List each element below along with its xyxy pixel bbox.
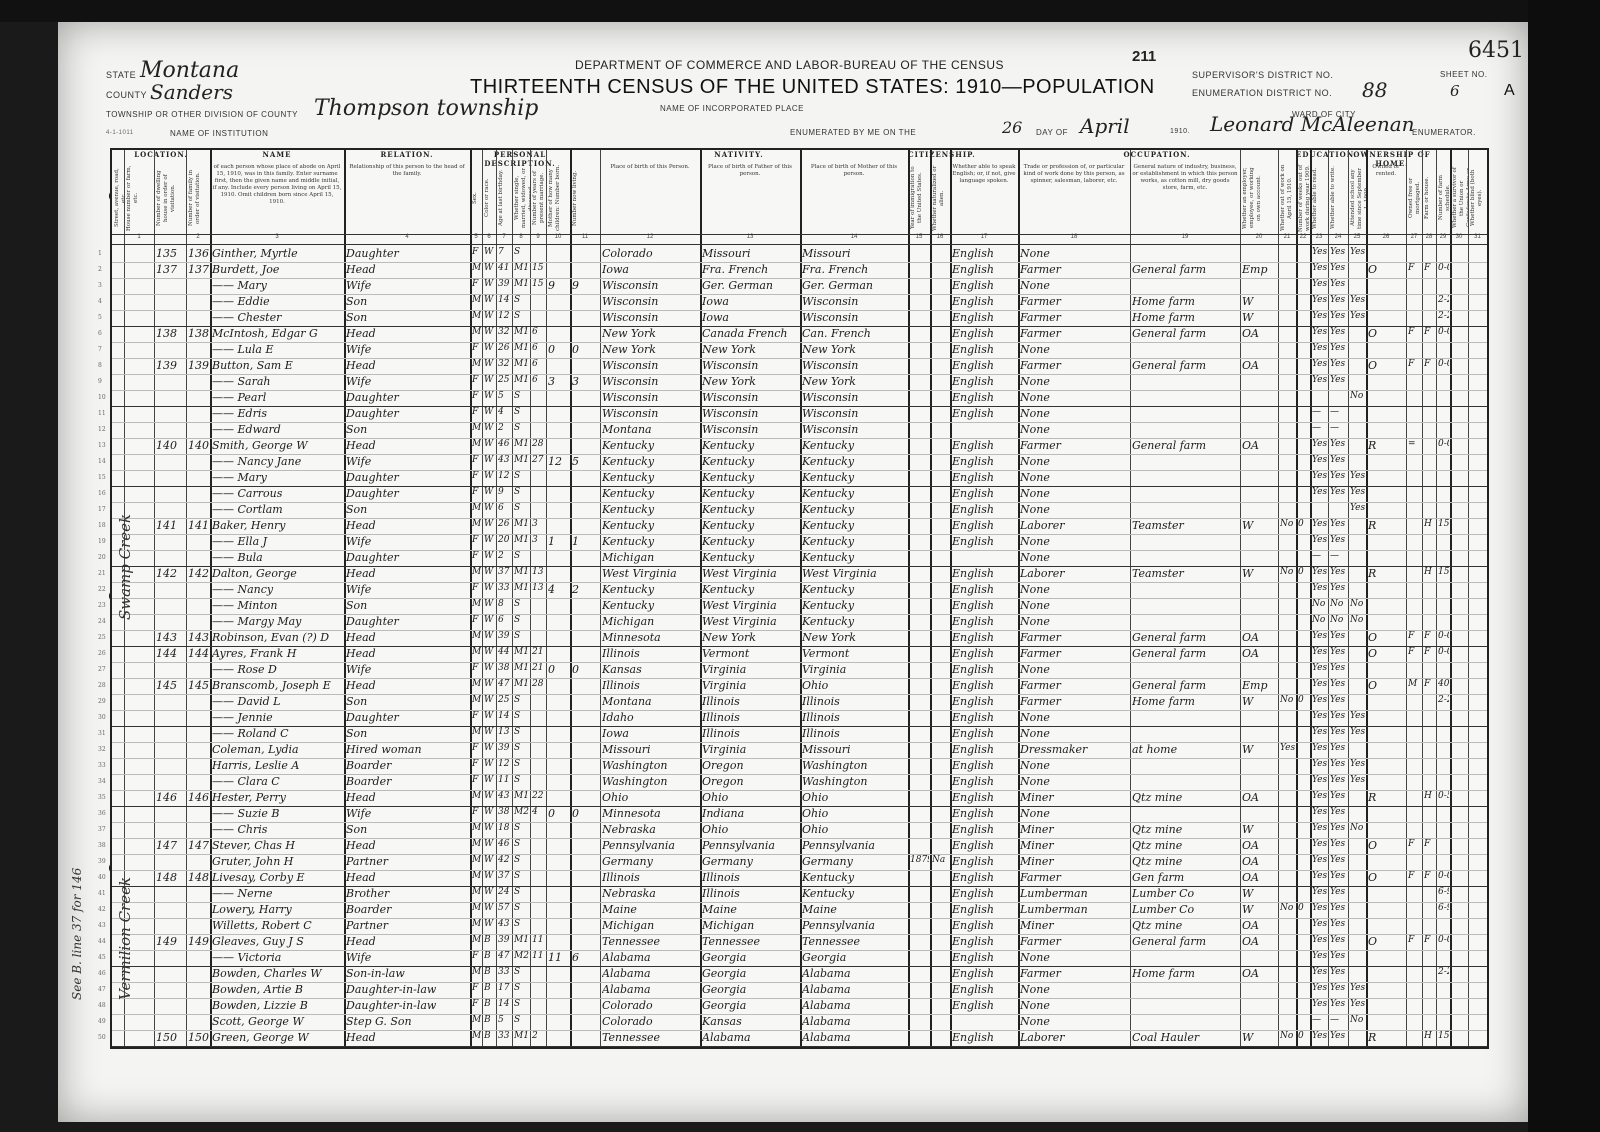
cell-birth: Iowa: [602, 263, 699, 276]
cell-industry: General farm: [1132, 647, 1239, 660]
cell-marital: S: [514, 727, 529, 737]
column-header: Number of farm schedule.: [1436, 162, 1450, 234]
cell-age: 6: [498, 615, 511, 625]
cell-race: W: [484, 823, 495, 833]
cell-write: Yes: [1330, 343, 1347, 353]
cell-marital: S: [514, 311, 529, 321]
cell-father-birth: West Virginia: [702, 599, 799, 612]
cell-marital: S: [514, 775, 529, 785]
cell-trade: None: [1020, 455, 1129, 468]
cell-free: F: [1408, 263, 1421, 273]
cell-english: English: [952, 295, 1017, 308]
cell-age: 41: [498, 263, 511, 273]
cell-race: W: [484, 807, 495, 817]
table-row: 29—— David LSonMW25SMontanaIllinoisIllin…: [112, 694, 1487, 710]
cell-english: English: [952, 359, 1017, 372]
cell-farm: H: [1424, 519, 1435, 529]
cell-read: Yes: [1312, 855, 1327, 865]
cell-sex: F: [472, 999, 481, 1009]
cell-family: 149: [188, 935, 209, 948]
cell-marital: M1: [514, 263, 529, 273]
cell-name: —— Chris: [212, 823, 343, 836]
cell-school: No: [1350, 615, 1365, 625]
cell-read: Yes: [1312, 311, 1327, 321]
cell-trade: Miner: [1020, 919, 1129, 932]
cell-name: Willetts, Robert C: [212, 919, 343, 932]
cell-mother-birth: Kentucky: [802, 887, 907, 900]
cell-birth: Montana: [602, 423, 699, 436]
cell-english: English: [952, 919, 1017, 932]
cell-marital: M1: [514, 583, 529, 593]
cell-relation: Head: [346, 791, 469, 804]
cell-farm: F: [1424, 327, 1435, 337]
cell-birth: Wisconsin: [602, 391, 699, 404]
cell-write: Yes: [1330, 519, 1347, 529]
line-number: 29: [98, 698, 106, 705]
cell-name: —— Nancy: [212, 583, 343, 596]
cell-write: Yes: [1330, 951, 1347, 961]
cell-father-birth: Illinois: [702, 871, 799, 884]
cell-race: W: [484, 343, 495, 353]
cell-read: Yes: [1312, 775, 1327, 785]
cell-yrs-married: 2: [532, 1031, 545, 1041]
cell-own: O: [1368, 679, 1405, 692]
cell-out-of-work: No: [1280, 903, 1295, 913]
cell-industry: Gen farm: [1132, 871, 1239, 884]
cell-name: McIntosh, Edgar G: [212, 327, 343, 340]
cell-write: —: [1330, 423, 1347, 433]
cell-industry: General farm: [1132, 679, 1239, 692]
cell-sex: M: [472, 327, 481, 337]
cell-trade: Miner: [1020, 839, 1129, 852]
column-header: Whether a survivor of the Union or Confe…: [1450, 162, 1468, 234]
cell-father-birth: New York: [702, 343, 799, 356]
table-row: 37—— ChrisSonMW18SNebraskaOhioOhioEnglis…: [112, 822, 1487, 838]
cell-own: O: [1368, 839, 1405, 852]
institution-label: NAME OF INSTITUTION: [170, 129, 268, 138]
column-header: General nature of industry, business, or…: [1130, 162, 1240, 234]
cell-free: =: [1408, 439, 1421, 449]
cell-mother-birth: Wisconsin: [802, 423, 907, 436]
cell-age: 33: [498, 1031, 511, 1041]
cell-industry: Qtz mine: [1132, 919, 1239, 932]
cell-father-birth: West Virginia: [702, 615, 799, 628]
cell-marital: M1: [514, 935, 529, 945]
cell-mother-birth: Alabama: [802, 1031, 907, 1044]
cell-born: 0: [548, 663, 569, 676]
cell-race: W: [484, 871, 495, 881]
cell-race: W: [484, 615, 495, 625]
cell-marital: S: [514, 711, 529, 721]
cell-mother-birth: Fra. French: [802, 263, 907, 276]
table-row: 41—— NerneBrotherMW24SNebraskaIllinoisKe…: [112, 886, 1487, 902]
cell-age: 37: [498, 567, 511, 577]
cell-english: English: [952, 871, 1017, 884]
enumerated-day: 26: [1002, 118, 1022, 137]
cell-sex: F: [472, 983, 481, 993]
census-title: THIRTEENTH CENSUS OF THE UNITED STATES: …: [470, 76, 1155, 99]
cell-relation: Daughter: [346, 407, 469, 420]
cell-born: 0: [548, 343, 569, 356]
cell-born: 12: [548, 455, 569, 468]
cell-father-birth: Iowa: [702, 311, 799, 324]
cell-yrs-married: 3: [532, 535, 545, 545]
table-row: 13140140Smith, George WHeadMW46M128Kentu…: [112, 438, 1487, 454]
cell-father-birth: Kansas: [702, 1015, 799, 1028]
column-header: Number of years of present marriage.: [530, 162, 546, 234]
cell-race: W: [484, 743, 495, 753]
cell-read: —: [1312, 1015, 1327, 1025]
cell-age: 33: [498, 967, 511, 977]
cell-english: English: [952, 503, 1017, 516]
cell-mother-birth: Maine: [802, 903, 907, 916]
cell-yrs-married: 3: [532, 519, 545, 529]
cell-school: No: [1350, 599, 1365, 609]
table-row: 44149149Gleaves, Guy J SHeadMB39M111Tenn…: [112, 934, 1487, 950]
cell-age: 2: [498, 423, 511, 433]
cell-mother-birth: Alabama: [802, 967, 907, 980]
column-header: Place of birth of Mother of this person.: [800, 162, 908, 234]
column-header: Whether able to speak English; or, if no…: [950, 162, 1018, 234]
cell-father-birth: West Virginia: [702, 567, 799, 580]
cell-birth: Kentucky: [602, 583, 699, 596]
table-row: 5—— ChesterSonMW12SWisconsinIowaWisconsi…: [112, 310, 1487, 326]
cell-marital: M1: [514, 535, 529, 545]
line-number: 45: [98, 954, 106, 961]
column-number: 14: [800, 234, 908, 244]
cell-father-birth: Missouri: [702, 247, 799, 260]
cell-birth: Wisconsin: [602, 359, 699, 372]
cell-birth: Missouri: [602, 743, 699, 756]
cell-relation: Head: [346, 871, 469, 884]
cell-read: Yes: [1312, 343, 1327, 353]
cell-father-birth: Alabama: [702, 1031, 799, 1044]
cell-relation: Son: [346, 727, 469, 740]
cell-yrs-married: 21: [532, 663, 545, 673]
cell-own: R: [1368, 567, 1405, 580]
cell-race: W: [484, 759, 495, 769]
table-row: 50150150Green, George WHeadMB33M12Tennes…: [112, 1030, 1487, 1046]
cell-sex: F: [472, 407, 481, 417]
column-number: [112, 234, 124, 244]
table-row: 10—— PearlDaughterFW5SWisconsinWisconsin…: [112, 390, 1487, 406]
cell-sex: M: [472, 727, 481, 737]
cell-marital: M2: [514, 951, 529, 961]
cell-birth: Kentucky: [602, 471, 699, 484]
cell-employ: OA: [1242, 439, 1277, 452]
cell-name: —— Nerne: [212, 887, 343, 900]
cell-father-birth: Pennsylvania: [702, 839, 799, 852]
column-number: 12: [600, 234, 700, 244]
cell-age: 25: [498, 375, 511, 385]
cell-farm: F: [1424, 359, 1435, 369]
cell-race: W: [484, 855, 495, 865]
cell-marital: S: [514, 295, 529, 305]
cell-trade: None: [1020, 279, 1129, 292]
column-group-header: LOCATION.: [112, 150, 210, 162]
cell-trade: None: [1020, 551, 1129, 564]
cell-birth: Alabama: [602, 967, 699, 980]
cell-name: Baker, Henry: [212, 519, 343, 532]
county-value: Sanders: [150, 80, 233, 104]
cell-relation: Head: [346, 327, 469, 340]
cell-mother-birth: Pennsylvania: [802, 919, 907, 932]
cell-read: Yes: [1312, 631, 1327, 641]
cell-sex: F: [472, 375, 481, 385]
cell-read: Yes: [1312, 791, 1327, 801]
cell-mother-birth: Kentucky: [802, 551, 907, 564]
cell-farm: F: [1424, 631, 1435, 641]
cell-sex: F: [472, 807, 481, 817]
cell-sex: F: [472, 759, 481, 769]
cell-mother-birth: New York: [802, 631, 907, 644]
incorporated-place-label: NAME OF INCORPORATED PLACE: [660, 104, 804, 113]
cell-trade: None: [1020, 807, 1129, 820]
cell-english: English: [952, 679, 1017, 692]
column-number: 18: [1018, 234, 1130, 244]
cell-industry: Qtz mine: [1132, 855, 1239, 868]
table-row: 1135136Ginther, MyrtleDaughterFW7SColora…: [112, 246, 1487, 262]
column-header: Number of family in order of visitation.: [186, 162, 210, 234]
cell-father-birth: Wisconsin: [702, 407, 799, 420]
cell-sex: M: [472, 679, 481, 689]
cell-free: F: [1408, 839, 1421, 849]
cell-trade: Farmer: [1020, 311, 1129, 324]
column-number: 10: [546, 234, 570, 244]
line-number: 24: [98, 618, 106, 625]
column-header: Year of immigration to the United States…: [908, 162, 930, 234]
cell-english: English: [952, 775, 1017, 788]
cell-industry: General farm: [1132, 935, 1239, 948]
cell-relation: Partner: [346, 919, 469, 932]
column-header: Whether blind (both eyes).: [1468, 162, 1487, 234]
cell-father-birth: Ger. German: [702, 279, 799, 292]
cell-trade: None: [1020, 599, 1129, 612]
cell-sex: M: [472, 359, 481, 369]
cell-read: Yes: [1312, 471, 1327, 481]
cell-birth: Minnesota: [602, 631, 699, 644]
line-number: 33: [98, 762, 106, 769]
cell-name: Livesay, Corby E: [212, 871, 343, 884]
cell-schedule: 6-9-0-0: [1438, 887, 1449, 897]
cell-sex: M: [472, 823, 481, 833]
cell-read: Yes: [1312, 455, 1327, 465]
cell-trade: None: [1020, 663, 1129, 676]
cell-read: Yes: [1312, 327, 1327, 337]
cell-name: Smith, George W: [212, 439, 343, 452]
cell-farm: F: [1424, 839, 1435, 849]
cell-industry: at home: [1132, 743, 1239, 756]
cell-sex: M: [472, 1031, 481, 1041]
cell-race: B: [484, 935, 495, 945]
column-number: 30: [1450, 234, 1468, 244]
cell-out-of-work: No: [1280, 1031, 1295, 1041]
cell-sex: F: [472, 583, 481, 593]
cell-english: English: [952, 247, 1017, 260]
cell-own: R: [1368, 791, 1405, 804]
cell-write: —: [1330, 407, 1347, 417]
cell-name: Stever, Chas H: [212, 839, 343, 852]
state-label: STATE: [106, 70, 136, 80]
cell-birth: New York: [602, 327, 699, 340]
cell-name: —— Mary: [212, 279, 343, 292]
cell-mother-birth: Illinois: [802, 727, 907, 740]
line-number: 1: [98, 250, 102, 257]
cell-relation: Son: [346, 823, 469, 836]
table-row: 49Scott, George WStep G. SonMB5SColorado…: [112, 1014, 1487, 1030]
cell-trade: Miner: [1020, 823, 1129, 836]
column-group-header: NAME: [210, 150, 344, 162]
column-header: Relationship of this person to the head …: [344, 162, 470, 234]
cell-farm: F: [1424, 679, 1435, 689]
cell-age: 38: [498, 807, 511, 817]
cell-english: English: [952, 759, 1017, 772]
cell-mother-birth: Illinois: [802, 695, 907, 708]
cell-marital: S: [514, 615, 529, 625]
cell-marital: M1: [514, 439, 529, 449]
cell-father-birth: Vermont: [702, 647, 799, 660]
table-row: 26144144Ayres, Frank HHeadMW44M121Illino…: [112, 646, 1487, 662]
table-row: 30—— JennieDaughterFW14SIdahoIllinoisIll…: [112, 710, 1487, 726]
cell-school: Yes: [1350, 711, 1365, 721]
cell-marital: S: [514, 391, 529, 401]
cell-english: English: [952, 727, 1017, 740]
cell-english: English: [952, 807, 1017, 820]
cell-birth: Minnesota: [602, 807, 699, 820]
cell-race: W: [484, 375, 495, 385]
cell-mother-birth: Kentucky: [802, 455, 907, 468]
line-number: 50: [98, 1034, 106, 1041]
cell-marital: S: [514, 919, 529, 929]
cell-house: 140: [156, 439, 185, 452]
cell-farm: F: [1424, 263, 1435, 273]
cell-free: M: [1408, 679, 1421, 689]
page-stamp: 211: [1132, 48, 1156, 65]
cell-age: 37: [498, 871, 511, 881]
cell-marital: M1: [514, 663, 529, 673]
cell-birth: Kentucky: [602, 519, 699, 532]
cell-schedule: 2-2-0-0: [1438, 967, 1449, 977]
year-label: 1910.: [1170, 128, 1190, 135]
cell-relation: Daughter: [346, 615, 469, 628]
cell-marital: S: [514, 759, 529, 769]
cell-yrs-married: 15: [532, 263, 545, 273]
cell-trade: Miner: [1020, 855, 1129, 868]
cell-relation: Daughter: [346, 471, 469, 484]
cell-age: 14: [498, 999, 511, 1009]
line-number: 31: [98, 730, 106, 737]
enumerated-label: ENUMERATED BY ME ON THE: [790, 128, 916, 137]
cell-father-birth: Illinois: [702, 887, 799, 900]
line-number: 30: [98, 714, 106, 721]
line-number: 43: [98, 922, 106, 929]
column-number: 27: [1406, 234, 1422, 244]
cell-marital: M1: [514, 359, 529, 369]
cell-employ: W: [1242, 295, 1277, 308]
column-number: 1: [124, 234, 154, 244]
cell-name: Harris, Leslie A: [212, 759, 343, 772]
cell-marital: M1: [514, 279, 529, 289]
cell-birth: Wisconsin: [602, 311, 699, 324]
cell-relation: Boarder: [346, 759, 469, 772]
column-number: 9: [530, 234, 546, 244]
cell-own: O: [1368, 871, 1405, 884]
cell-family: 139: [188, 359, 209, 372]
cell-race: B: [484, 1015, 495, 1025]
line-number: 38: [98, 842, 106, 849]
cell-trade: None: [1020, 503, 1129, 516]
cell-race: B: [484, 951, 495, 961]
table-row: 32Coleman, LydiaHired womanFW39SMissouri…: [112, 742, 1487, 758]
cell-race: W: [484, 567, 495, 577]
cell-employ: W: [1242, 567, 1277, 580]
cell-yrs-married: 13: [532, 583, 545, 593]
line-number: 22: [98, 586, 106, 593]
cell-sex: F: [472, 247, 481, 257]
cell-birth: Germany: [602, 855, 699, 868]
cell-free: F: [1408, 647, 1421, 657]
cell-free: F: [1408, 327, 1421, 337]
cell-sex: M: [472, 311, 481, 321]
cell-name: —— Lula E: [212, 343, 343, 356]
cell-employ: OA: [1242, 967, 1277, 980]
cell-age: 46: [498, 839, 511, 849]
cell-schedule: 2-2-0-0: [1438, 295, 1449, 305]
cell-sex: F: [472, 951, 481, 961]
cell-race: W: [484, 583, 495, 593]
cell-english: English: [952, 855, 1017, 868]
cell-relation: Head: [346, 631, 469, 644]
cell-school: Yes: [1350, 999, 1365, 1009]
line-number: 39: [98, 858, 106, 865]
column-number: 4: [344, 234, 470, 244]
cell-read: Yes: [1312, 967, 1327, 977]
cell-race: W: [484, 599, 495, 609]
cell-age: 13: [498, 727, 511, 737]
cell-race: W: [484, 839, 495, 849]
cell-mother-birth: Ohio: [802, 823, 907, 836]
day-of-label: DAY OF: [1036, 128, 1068, 137]
cell-write: Yes: [1330, 871, 1347, 881]
cell-birth: Colorado: [602, 999, 699, 1012]
cell-employ: OA: [1242, 647, 1277, 660]
cell-mother-birth: Kentucky: [802, 439, 907, 452]
cell-birth: Michigan: [602, 919, 699, 932]
cell-write: Yes: [1330, 727, 1347, 737]
column-number: 6: [482, 234, 496, 244]
cell-write: Yes: [1330, 471, 1347, 481]
cell-family: 150: [188, 1031, 209, 1044]
cell-sex: M: [472, 647, 481, 657]
column-header: Whether an employer, employee, or workin…: [1240, 162, 1278, 234]
cell-race: W: [484, 247, 495, 257]
cell-sex: M: [472, 423, 481, 433]
cell-trade: Farmer: [1020, 439, 1129, 452]
cell-father-birth: Indiana: [702, 807, 799, 820]
cell-relation: Wife: [346, 279, 469, 292]
line-number: 28: [98, 682, 106, 689]
line-number: 25: [98, 634, 106, 641]
cell-father-birth: Ohio: [702, 791, 799, 804]
cell-father-birth: Wisconsin: [702, 391, 799, 404]
cell-relation: Wife: [346, 583, 469, 596]
cell-farm: F: [1424, 935, 1435, 945]
cell-write: No: [1330, 615, 1347, 625]
line-number: 3: [98, 282, 102, 289]
cell-employ: W: [1242, 311, 1277, 324]
cell-birth: Tennessee: [602, 1031, 699, 1044]
cell-industry: General farm: [1132, 359, 1239, 372]
